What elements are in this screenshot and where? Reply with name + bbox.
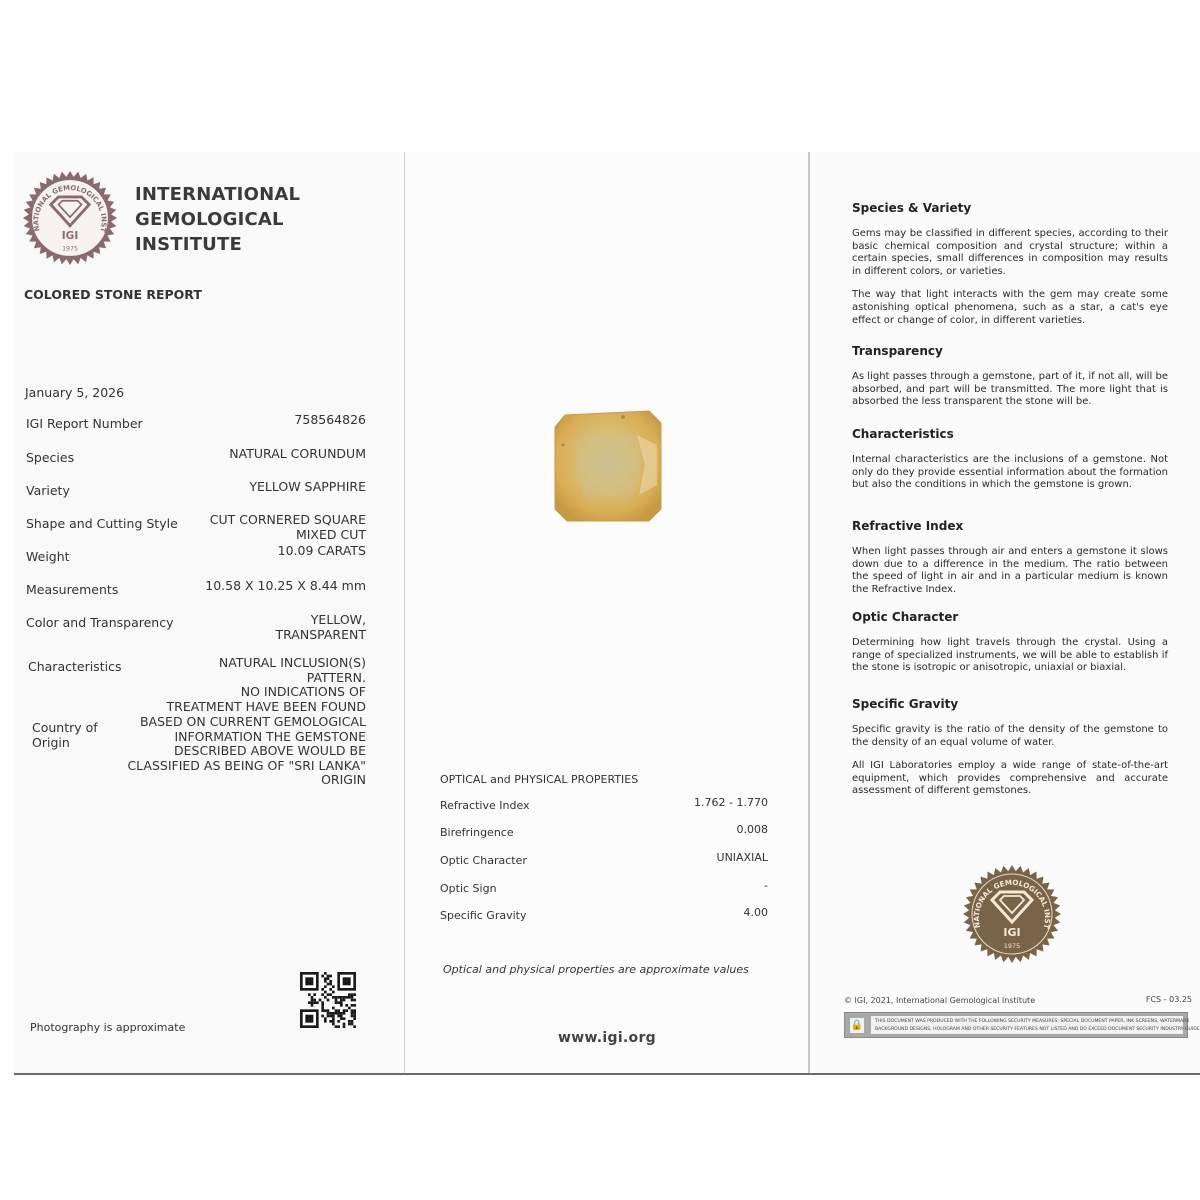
glossary-specific-gravity: Specific Gravity Specific gravity is the… (852, 697, 1168, 809)
properties-title: OPTICAL and PHYSICAL PROPERTIES (440, 773, 638, 786)
glossary-text: All IGI Laboratories employ a wide range… (852, 760, 1168, 798)
security-text: THIS DOCUMENT WAS PRODUCED WITH THE FOLL… (875, 1018, 1200, 1034)
property-label: Refractive Index (440, 799, 530, 812)
property-value: UNIAXIAL (717, 851, 768, 864)
property-label: Optic Character (440, 854, 527, 867)
copyright-text: © IGI, 2021, International Gemological I… (844, 996, 1035, 1005)
institute-name: INTERNATIONAL GEMOLOGICAL INSTITUTE (135, 182, 300, 257)
property-value: - (764, 879, 768, 892)
glossary-refractive-index: Refractive Index When light passes throu… (852, 519, 1168, 607)
field-label: Variety (26, 483, 70, 498)
property-label: Specific Gravity (440, 909, 527, 922)
yellow-sapphire-photo (553, 405, 663, 523)
approximate-values-note: Optical and physical properties are appr… (443, 963, 749, 976)
field-value: YELLOW SAPPHIRE (249, 480, 366, 495)
glossary-heading: Refractive Index (852, 519, 1168, 533)
glossary-text: Gems may be classified in different spec… (852, 228, 1168, 278)
glossary-heading: Characteristics (852, 427, 1168, 441)
stone-properties-panel: OPTICAL and PHYSICAL PROPERTIES Refracti… (404, 152, 809, 1073)
field-label: Color and Transparency (26, 615, 173, 630)
svg-text:IGI: IGI (1003, 926, 1020, 939)
photography-note: Photography is approximate (30, 1021, 185, 1034)
glossary-text: Specific gravity is the ratio of the den… (852, 724, 1168, 749)
glossary-text: The way that light interacts with the ge… (852, 289, 1168, 327)
svg-text:IGI: IGI (62, 230, 79, 242)
report-sheet: INTERNATIONAL GEMOLOGICAL INSTITUTEIGI19… (14, 152, 1200, 1075)
field-value: 10.09 CARATS (278, 544, 366, 559)
field-value: 758564826 (294, 413, 366, 428)
property-value: 1.762 - 1.770 (694, 796, 768, 809)
field-label: IGI Report Number (26, 416, 143, 431)
property-label: Birefringence (440, 826, 514, 839)
svg-text:1975: 1975 (1004, 942, 1021, 950)
glossary-heading: Specific Gravity (852, 697, 1168, 711)
field-label: Measurements (26, 582, 118, 597)
igi-gold-seal-icon: INTERNATIONAL GEMOLOGICAL INSTITUTEIGI19… (962, 864, 1062, 964)
field-value: 10.58 X 10.25 X 8.44 mm (205, 579, 366, 594)
field-label: Characteristics (28, 659, 121, 674)
field-value: BASED ON CURRENT GEMOLOGICAL INFORMATION… (127, 715, 366, 788)
field-value: YELLOW, TRANSPARENT (275, 613, 366, 642)
field-label: Species (26, 450, 74, 465)
report-details-panel: INTERNATIONAL GEMOLOGICAL INSTITUTEIGI19… (14, 152, 400, 1073)
property-value: 0.008 (737, 823, 769, 836)
property-value: 4.00 (744, 906, 769, 919)
report-date: January 5, 2026 (25, 385, 124, 400)
glossary-transparency: Transparency As light passes through a g… (852, 344, 1168, 420)
form-code: FCS - 03.25 (1146, 995, 1192, 1004)
glossary-characteristics: Characteristics Internal characteristics… (852, 427, 1168, 503)
glossary-heading: Species & Variety (852, 201, 1168, 215)
igi-seal-icon: INTERNATIONAL GEMOLOGICAL INSTITUTEIGI19… (22, 170, 118, 266)
field-label: Country of Origin (32, 721, 98, 750)
glossary-optic-character: Optic Character Determining how light tr… (852, 610, 1168, 686)
field-value: NATURAL CORUNDUM (229, 447, 366, 462)
glossary-text: Internal characteristics are the inclusi… (852, 454, 1168, 492)
website-link[interactable]: www.igi.org (405, 1030, 809, 1046)
glossary-text: As light passes through a gemstone, part… (852, 371, 1168, 409)
field-label: Shape and Cutting Style (26, 516, 178, 531)
field-value: CUT CORNERED SQUARE MIXED CUT (210, 513, 366, 542)
glossary-text: Determining how light travels through th… (852, 637, 1168, 675)
glossary-heading: Transparency (852, 344, 1168, 358)
glossary-species-variety: Species & Variety Gems may be classified… (852, 201, 1168, 338)
field-label: Weight (26, 549, 70, 564)
glossary-heading: Optic Character (852, 610, 1168, 624)
field-value: NATURAL INCLUSION(S) PATTERN. NO INDICAT… (167, 656, 367, 714)
glossary-text: When light passes through air and enters… (852, 546, 1168, 596)
security-notice: 🔒 THIS DOCUMENT WAS PRODUCED WITH THE FO… (844, 1012, 1188, 1038)
glossary-panel: Species & Variety Gems may be classified… (808, 152, 1200, 1073)
property-label: Optic Sign (440, 882, 497, 895)
svg-text:1975: 1975 (62, 246, 78, 253)
qr-code-icon[interactable] (300, 972, 356, 1028)
report-title: COLORED STONE REPORT (24, 287, 202, 302)
lock-document-icon: 🔒 (850, 1018, 864, 1033)
